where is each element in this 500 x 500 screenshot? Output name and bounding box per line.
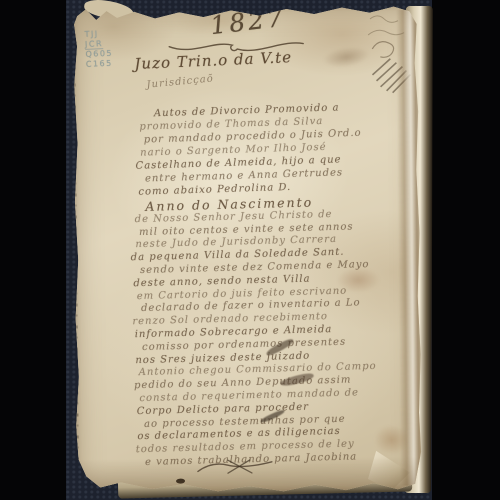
archival-code-line: C165 xyxy=(86,59,114,70)
manuscript-page: TJJ JCR Q605 C165 1827 Juzo Trin.o da V.… xyxy=(72,4,422,493)
opening-paragraph: Autos de Divorcio Promovido a promovido … xyxy=(136,100,385,199)
jurisdiction-subheading: Jurisdicçaõ xyxy=(146,73,214,90)
signature-rubric-icon xyxy=(194,456,278,481)
archival-code-label: TJJ JCR Q605 C165 xyxy=(84,29,113,70)
manuscript-photo: TJJ JCR Q605 C165 1827 Juzo Trin.o da V.… xyxy=(0,0,500,500)
body-paragraph: Anno do Nascimento de Nosso Senhor Jesu … xyxy=(131,195,390,470)
edge-speck xyxy=(176,479,185,484)
